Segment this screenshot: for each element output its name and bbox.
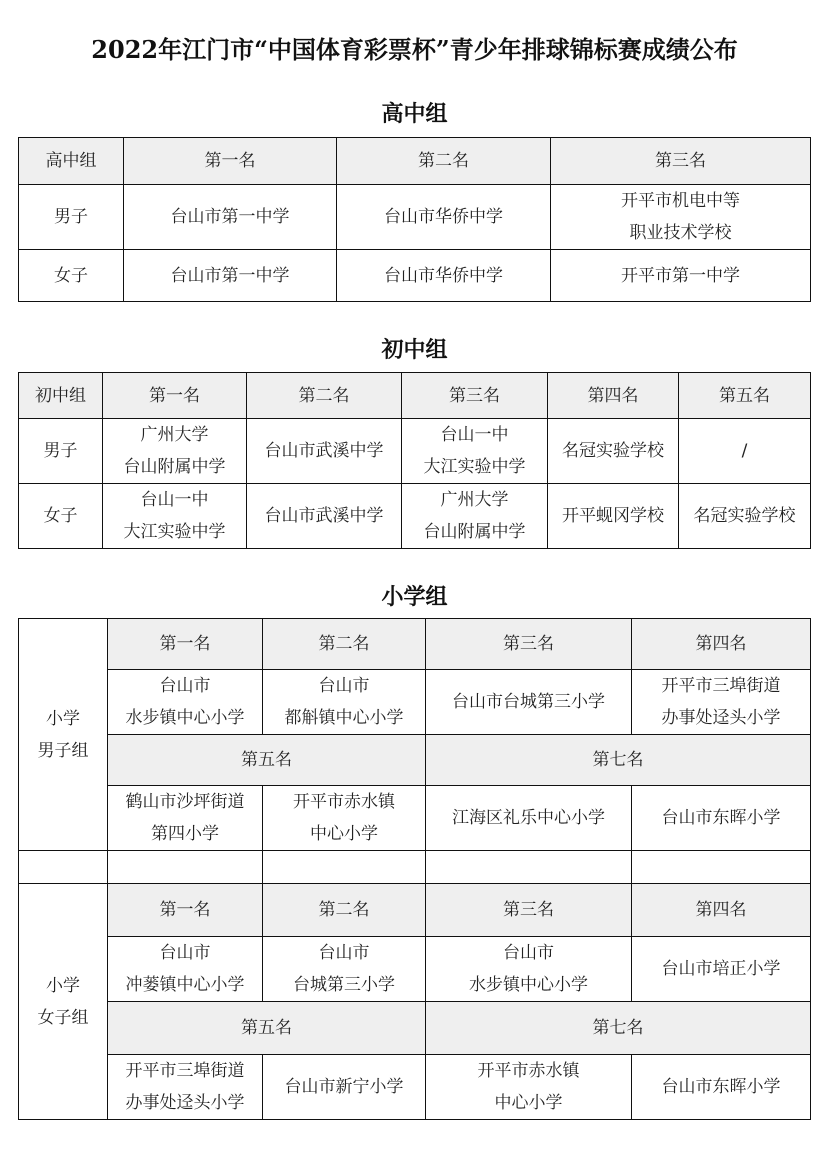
cell-text-line: 职业技术学校	[551, 217, 810, 249]
cell-text-line: 第四小学	[108, 818, 262, 850]
table-row: 鹤山市沙坪街道 第四小学 开平市赤水镇 中心小学 江海区礼乐中心小学 台山市东晖…	[19, 786, 811, 851]
result-cell: 台山市培正小学	[632, 937, 811, 1002]
cell-text-line: 台城第三小学	[263, 969, 425, 1001]
header-cell: 第四名	[632, 884, 811, 937]
cell-text-line: 大江实验中学	[103, 516, 246, 548]
header-cell: 第一名	[108, 619, 263, 670]
table-row: 男子 台山市第一中学 台山市华侨中学 开平市机电中等 职业技术学校	[19, 185, 811, 250]
header-cell: 第四名	[632, 619, 811, 670]
section-title-middle-school: 初中组	[0, 333, 829, 364]
result-cell: 名冠实验学校	[679, 484, 811, 549]
result-cell: 台山市第一中学	[124, 250, 337, 302]
result-cell: 台山一中 大江实验中学	[402, 419, 548, 484]
cell-text-line: 开平市机电中等	[551, 185, 810, 217]
cell-text-line: 台山一中	[402, 419, 547, 451]
table-row: 女子 台山市第一中学 台山市华侨中学 开平市第一中学	[19, 250, 811, 302]
result-cell: 开平市赤水镇 中心小学	[263, 786, 426, 851]
group-cell: 男子	[19, 185, 124, 250]
cell-text-line: 小学	[19, 703, 107, 735]
table-header-row: 小学 男子组 第一名 第二名 第三名 第四名	[19, 619, 811, 670]
group-cell: 男子	[19, 419, 103, 484]
header-cell: 高中组	[19, 138, 124, 185]
header-cell: 第五名	[679, 373, 811, 419]
result-cell: 台山市 都斛镇中心小学	[263, 670, 426, 735]
cell-text-line: 中心小学	[426, 1087, 631, 1119]
group-cell: 女子	[19, 484, 103, 549]
table-header-row: 初中组 第一名 第二名 第三名 第四名 第五名	[19, 373, 811, 419]
empty-cell	[632, 851, 811, 884]
result-cell: 广州大学 台山附属中学	[103, 419, 247, 484]
result-cell: 台山市 水步镇中心小学	[108, 670, 263, 735]
section-title-high-school: 高中组	[0, 97, 829, 128]
cell-text-line: 男子组	[19, 735, 107, 767]
header-cell: 第二名	[247, 373, 402, 419]
middle-school-results-table: 初中组 第一名 第二名 第三名 第四名 第五名 男子 广州大学 台山附属中学 台…	[18, 372, 811, 549]
header-cell: 第二名	[263, 619, 426, 670]
header-cell: 第三名	[426, 884, 632, 937]
result-cell: 开平市三埠街道 办事处迳头小学	[108, 1055, 263, 1120]
cell-text-line: 小学	[19, 970, 107, 1002]
cell-text-line: 开平市三埠街道	[632, 670, 810, 702]
result-cell: 台山市华侨中学	[337, 250, 551, 302]
result-cell: 台山市台城第三小学	[426, 670, 632, 735]
document-title: 2022年江门市“中国体育彩票杯”青少年排球锦标赛成绩公布	[0, 30, 829, 65]
result-cell: 开平市第一中学	[551, 250, 811, 302]
result-cell: 台山一中 大江实验中学	[103, 484, 247, 549]
header-cell: 第七名	[426, 735, 811, 786]
result-cell: 台山市 冲蒌镇中心小学	[108, 937, 263, 1002]
cell-text-line: 鹤山市沙坪街道	[108, 786, 262, 818]
header-cell: 第七名	[426, 1002, 811, 1055]
cell-text-line: 办事处迳头小学	[632, 702, 810, 734]
cell-text-line: 水步镇中心小学	[108, 702, 262, 734]
group-cell-girls: 小学 女子组	[19, 884, 108, 1120]
empty-cell	[426, 851, 632, 884]
table-header-row: 第五名 第七名	[19, 1002, 811, 1055]
cell-text-line: 台山市	[108, 937, 262, 969]
cell-text-line: 台山附属中学	[402, 516, 547, 548]
cell-text-line: 台山市	[108, 670, 262, 702]
table-header-row: 高中组 第一名 第二名 第三名	[19, 138, 811, 185]
cell-text-line: 开平市赤水镇	[426, 1055, 631, 1087]
cell-text-line: 台山一中	[103, 484, 246, 516]
result-cell: 台山市新宁小学	[263, 1055, 426, 1120]
cell-text-line: 大江实验中学	[402, 451, 547, 483]
cell-text-line: 广州大学	[103, 419, 246, 451]
table-row: 女子 台山一中 大江实验中学 台山市武溪中学 广州大学 台山附属中学 开平蚬冈学…	[19, 484, 811, 549]
result-cell: 台山市武溪中学	[247, 484, 402, 549]
primary-school-results-table: 小学 男子组 第一名 第二名 第三名 第四名 台山市 水步镇中心小学 台山市 都…	[18, 618, 811, 1120]
header-cell: 第一名	[108, 884, 263, 937]
table-row: 台山市 水步镇中心小学 台山市 都斛镇中心小学 台山市台城第三小学 开平市三埠街…	[19, 670, 811, 735]
empty-cell	[263, 851, 426, 884]
result-cell: 名冠实验学校	[548, 419, 679, 484]
cell-text-line: 都斛镇中心小学	[263, 702, 425, 734]
group-cell-boys: 小学 男子组	[19, 619, 108, 851]
cell-text-line: 台山市	[426, 937, 631, 969]
cell-text-line: 水步镇中心小学	[426, 969, 631, 1001]
header-cell: 第三名	[402, 373, 548, 419]
empty-cell	[19, 851, 108, 884]
cell-text-line: 台山市	[263, 937, 425, 969]
section-title-primary-school: 小学组	[0, 580, 829, 611]
result-cell: 台山市华侨中学	[337, 185, 551, 250]
header-cell: 第三名	[426, 619, 632, 670]
result-cell: 广州大学 台山附属中学	[402, 484, 548, 549]
header-cell: 第二名	[263, 884, 426, 937]
result-cell: 台山市第一中学	[124, 185, 337, 250]
cell-text-line: 女子组	[19, 1002, 107, 1034]
table-row: 男子 广州大学 台山附属中学 台山市武溪中学 台山一中 大江实验中学 名冠实验学…	[19, 419, 811, 484]
header-cell: 第五名	[108, 1002, 426, 1055]
cell-text-line: 台山市	[263, 670, 425, 702]
result-cell: 鹤山市沙坪街道 第四小学	[108, 786, 263, 851]
header-cell: 第三名	[551, 138, 811, 185]
result-cell: 台山市东晖小学	[632, 786, 811, 851]
header-cell: 初中组	[19, 373, 103, 419]
group-cell: 女子	[19, 250, 124, 302]
cell-text-line: 中心小学	[263, 818, 425, 850]
table-header-row: 小学 女子组 第一名 第二名 第三名 第四名	[19, 884, 811, 937]
result-cell: 开平市三埠街道 办事处迳头小学	[632, 670, 811, 735]
cell-text-line: 冲蒌镇中心小学	[108, 969, 262, 1001]
cell-text-line: 办事处迳头小学	[108, 1087, 262, 1119]
table-row: 台山市 冲蒌镇中心小学 台山市 台城第三小学 台山市 水步镇中心小学 台山市培正…	[19, 937, 811, 1002]
result-cell: 开平市赤水镇 中心小学	[426, 1055, 632, 1120]
result-cell: 台山市武溪中学	[247, 419, 402, 484]
high-school-results-table: 高中组 第一名 第二名 第三名 男子 台山市第一中学 台山市华侨中学 开平市机电…	[18, 137, 811, 302]
cell-text-line: 开平市赤水镇	[263, 786, 425, 818]
table-row: 开平市三埠街道 办事处迳头小学 台山市新宁小学 开平市赤水镇 中心小学 台山市东…	[19, 1055, 811, 1120]
result-cell: 台山市 水步镇中心小学	[426, 937, 632, 1002]
header-cell: 第二名	[337, 138, 551, 185]
cell-text-line: 广州大学	[402, 484, 547, 516]
header-cell: 第四名	[548, 373, 679, 419]
result-cell: 开平市机电中等 职业技术学校	[551, 185, 811, 250]
cell-text-line: 台山附属中学	[103, 451, 246, 483]
header-cell: 第五名	[108, 735, 426, 786]
table-header-row: 第五名 第七名	[19, 735, 811, 786]
result-cell: /	[679, 419, 811, 484]
result-cell: 江海区礼乐中心小学	[426, 786, 632, 851]
empty-row	[19, 851, 811, 884]
result-cell: 台山市 台城第三小学	[263, 937, 426, 1002]
header-cell: 第一名	[124, 138, 337, 185]
result-cell: 台山市东晖小学	[632, 1055, 811, 1120]
cell-text-line: 开平市三埠街道	[108, 1055, 262, 1087]
empty-cell	[108, 851, 263, 884]
result-cell: 开平蚬冈学校	[548, 484, 679, 549]
header-cell: 第一名	[103, 373, 247, 419]
